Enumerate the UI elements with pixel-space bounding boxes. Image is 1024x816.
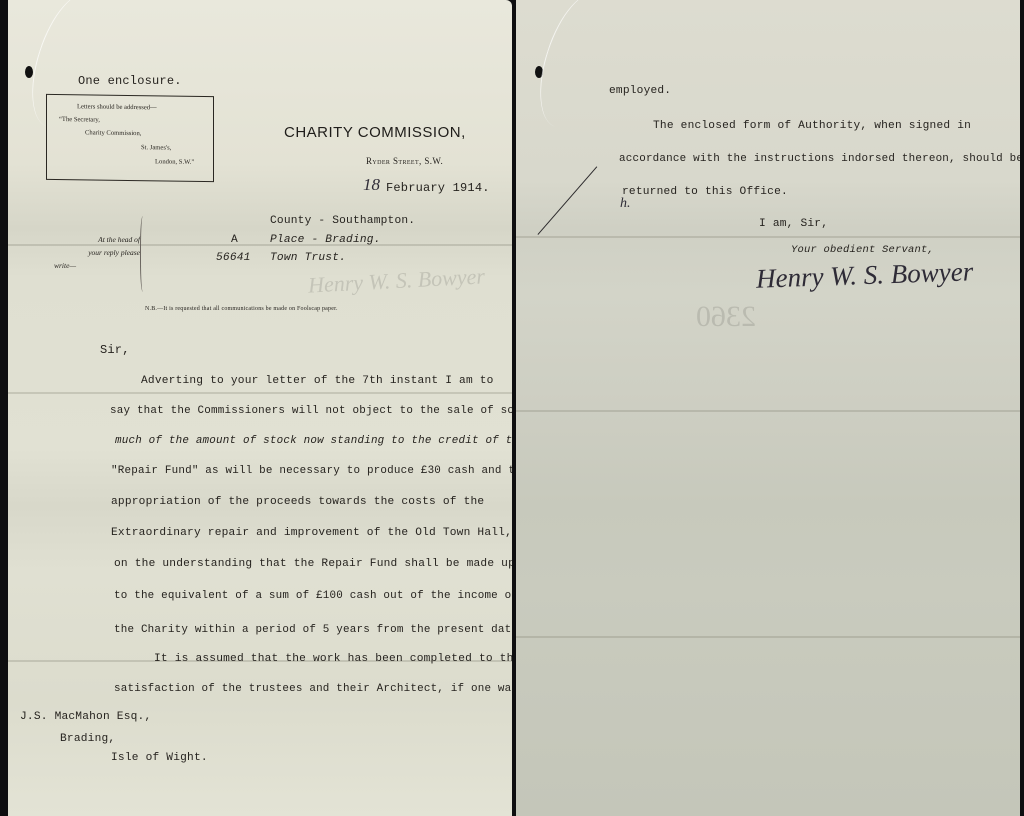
continuation-text: employed. xyxy=(609,85,671,97)
date-day-handwritten: 18 xyxy=(363,175,380,195)
body-line: returned to this Office. xyxy=(622,186,788,198)
body-line: Adverting to your letter of the 7th inst… xyxy=(141,375,494,387)
address-line: “The Secretary, xyxy=(59,116,100,124)
reference-letter: A xyxy=(231,234,238,246)
recipient-name: J.S. MacMahon Esq., xyxy=(20,711,151,723)
date-text: February 1914. xyxy=(386,181,490,195)
address-line: Charity Commission, xyxy=(85,129,141,137)
address-box: Letters should be addressed— “The Secret… xyxy=(46,94,214,182)
pen-stroke xyxy=(537,166,597,235)
margin-line: At the head of xyxy=(48,233,140,246)
address-line: London, S.W.” xyxy=(155,158,194,166)
reference-trust: Town Trust. xyxy=(270,252,346,264)
letterhead-street: Ryder Street, S.W. xyxy=(366,156,443,166)
fold-crease xyxy=(8,392,512,394)
body-line: the Charity within a period of 5 years f… xyxy=(114,624,512,636)
recipient-town: Brading, xyxy=(60,733,115,745)
enclosure-note: One enclosure. xyxy=(78,74,182,88)
body-line: "Repair Fund" as will be necessary to pr… xyxy=(111,465,512,477)
bleed-through-signature: Henry W. S. Bowyer xyxy=(307,263,485,298)
fold-crease xyxy=(516,636,1020,638)
body-line: accordance with the instructions indorse… xyxy=(619,153,1020,165)
letter-page-1: One enclosure. Letters should be address… xyxy=(8,0,512,816)
fold-crease xyxy=(516,236,1020,238)
body-line: satisfaction of the trustees and their A… xyxy=(114,683,512,695)
punch-hole-icon xyxy=(25,66,33,78)
body-line: The enclosed form of Authority, when sig… xyxy=(653,120,971,132)
signature: Henry W. S. Bowyer xyxy=(756,256,974,295)
reference-place: Place - Brading. xyxy=(270,234,381,246)
body-line: much of the amount of stock now standing… xyxy=(115,435,512,447)
body-line: appropriation of the proceeds towards th… xyxy=(111,496,484,508)
letter-page-2: employed. The enclosed form of Authority… xyxy=(516,0,1020,816)
bleed-through-mark: 2360 xyxy=(696,300,756,334)
address-line: Letters should be addressed— xyxy=(77,103,157,111)
body-line: on the understanding that the Repair Fun… xyxy=(114,558,512,570)
body-line: to the equivalent of a sum of £100 cash … xyxy=(114,590,512,602)
body-line: It is assumed that the work has been com… xyxy=(154,653,512,665)
valediction: Your obedient Servant, xyxy=(791,244,934,256)
recipient-region: Isle of Wight. xyxy=(111,752,208,764)
margin-line: write— xyxy=(48,259,140,272)
body-line: Extraordinary repair and improvement of … xyxy=(111,527,512,539)
reference-number: 56641 xyxy=(216,252,251,264)
handwritten-initials: h. xyxy=(620,196,631,212)
reference-county: County - Southampton. xyxy=(270,215,415,227)
nb-note: N.B.—It is requested that all communicat… xyxy=(145,306,338,312)
body-line: say that the Commissioners will not obje… xyxy=(110,405,512,417)
letterhead-title: CHARITY COMMISSION, xyxy=(284,124,466,141)
closing: I am, Sir, xyxy=(759,218,828,230)
margin-line: your reply please xyxy=(48,246,140,259)
address-line: St. James's, xyxy=(141,144,171,151)
margin-instruction: At the head of your reply please write— xyxy=(48,233,140,272)
brace-divider xyxy=(140,216,147,292)
salutation: Sir, xyxy=(100,343,130,357)
fold-crease xyxy=(516,410,1020,412)
